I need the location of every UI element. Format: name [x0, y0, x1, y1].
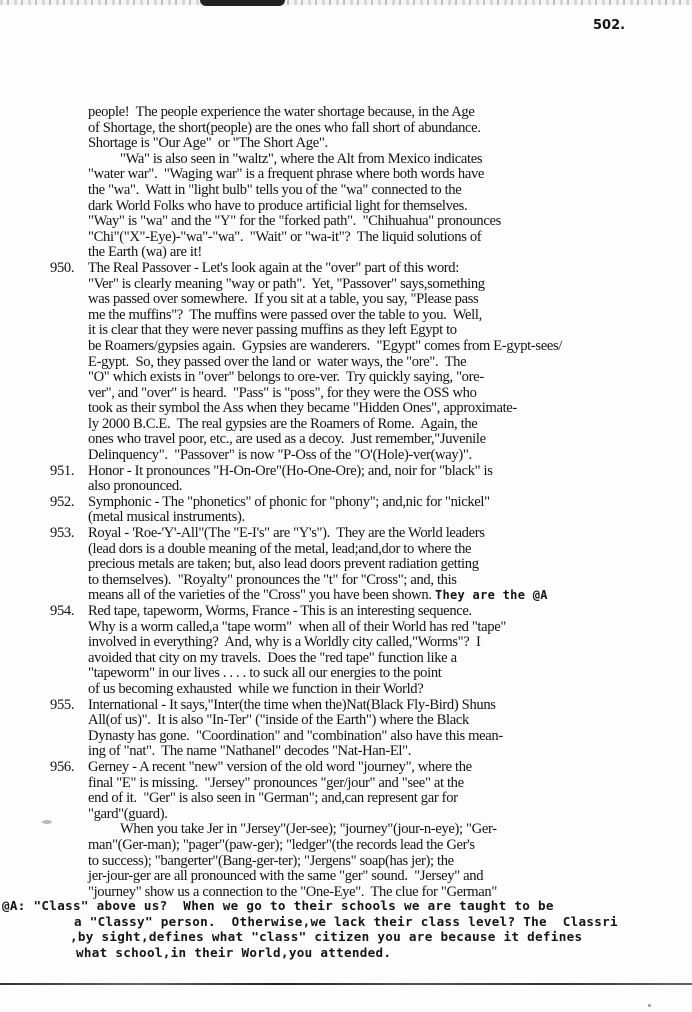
- numbered-entries: 950.The Real Passover - Let's look again…: [0, 261, 692, 822]
- entry-text: precious metals are taken; but, also lea…: [88, 556, 479, 572]
- scan-speck: [42, 820, 52, 824]
- text-line: "water war". "Waging war" is a frequent …: [0, 167, 692, 183]
- scan-speck: [648, 1004, 651, 1007]
- entry-text: Symphonic - The "phonetics" of phonic fo…: [88, 494, 490, 510]
- entry-text: to themselves). "Royalty" pronounces the…: [88, 572, 457, 588]
- addendum-line: what school,in their World,you attended.: [0, 945, 692, 961]
- page-number: 502.: [593, 18, 625, 33]
- text-line: be Roamers/gypsies again. Gypsies are wa…: [0, 339, 692, 355]
- text-line: E-gypt. So, they passed over the land or…: [0, 355, 692, 371]
- entry-text: Dynasty has gone. "Coordination" and "co…: [88, 728, 503, 744]
- entry-text: ing of "nat". The name "Nathanel" decode…: [88, 743, 411, 759]
- text-line: (lead dors is a double meaning of the me…: [0, 542, 692, 558]
- text-line: of Shortage, the short(people) are the o…: [0, 121, 692, 137]
- text-line: was passed over somewhere. If you sit at…: [0, 292, 692, 308]
- entry-text: be Roamers/gypsies again. Gypsies are wa…: [88, 338, 562, 354]
- entry-text: ly 2000 B.C.E. The real gypsies are the …: [88, 416, 477, 432]
- entry-952: 952.Symphonic - The "phonetics" of phoni…: [0, 495, 692, 526]
- text-line: the "wa". Watt in "light bulb" tells you…: [0, 183, 692, 199]
- text-line: the Earth (wa) are it!: [0, 245, 692, 261]
- entry-text: ones who travel poor, etc., are used as …: [88, 431, 486, 447]
- entry-text: Honor - It pronounces "H-On-Ore"(Ho-One-…: [88, 463, 493, 479]
- text-line: also pronounced.: [0, 479, 692, 495]
- text-line: Delinquency". "Passover" is now "P-Oss o…: [0, 448, 692, 464]
- addendum-text: "Class" above us? When we go to their sc…: [34, 898, 554, 913]
- entry-text: Delinquency". "Passover" is now "P-Oss o…: [88, 447, 472, 463]
- addendum-line: a "Classy" person. Otherwise,we lack the…: [0, 914, 692, 930]
- text-line: 951.Honor - It pronounces "H-On-Ore"(Ho-…: [0, 464, 692, 480]
- entry-number: 950.: [50, 261, 74, 277]
- text-line: "tapeworm" in our lives . . . . to suck …: [0, 666, 692, 682]
- entry-955: 955.International - It says,"Inter(the t…: [0, 698, 692, 760]
- text-line: dark World Folks who have to produce art…: [0, 199, 692, 215]
- addendum-label: @A:: [2, 898, 26, 913]
- entry-text: The Real Passover - Let's look again at …: [88, 260, 459, 276]
- entry-text: avoided that city on my travels. Does th…: [88, 650, 457, 666]
- entry-text: Red tape, tapeworm, Worms, France - This…: [88, 603, 472, 619]
- text-line: "O" which exists in "over" belongs to or…: [0, 370, 692, 386]
- text-line: of us becoming exhausted while we functi…: [0, 682, 692, 698]
- entry-number: 956.: [50, 760, 74, 776]
- entry-number: 954.: [50, 604, 74, 620]
- entry-text: E-gypt. So, they passed over the land or…: [88, 354, 466, 370]
- document-body: people! The people experience the water …: [0, 105, 692, 961]
- closing-paragraph: When you take Jer in "Jersey"(Jer-see); …: [0, 822, 692, 900]
- entry-950: 950.The Real Passover - Let's look again…: [0, 261, 692, 464]
- entry-number: 955.: [50, 698, 74, 714]
- entry-text: took as their symbol the Ass when they b…: [88, 400, 517, 416]
- addendum-line: ,by sight,defines what "class" citizen y…: [0, 929, 692, 945]
- entry-953: 953.Royal - 'Roe-'Y'-All"(The "E-I's" ar…: [0, 526, 692, 604]
- text-line: 953.Royal - 'Roe-'Y'-All"(The "E-I's" ar…: [0, 526, 692, 542]
- entry-954: 954.Red tape, tapeworm, Worms, France - …: [0, 604, 692, 698]
- text-line: ver", and "over" is heard. "Pass" is "po…: [0, 386, 692, 402]
- text-line: "gard"(guard).: [0, 807, 692, 823]
- entry-text: (lead dors is a double meaning of the me…: [88, 541, 471, 557]
- entry-text: involved in everything? And, why is a Wo…: [88, 634, 481, 650]
- text-line: to themselves). "Royalty" pronounces the…: [0, 573, 692, 589]
- text-line: means all of the varieties of the "Cross…: [0, 588, 692, 604]
- text-line: ing of "nat". The name "Nathanel" decode…: [0, 744, 692, 760]
- addendum-note: @A: "Class" above us? When we go to thei…: [0, 898, 692, 960]
- entry-number: 953.: [50, 526, 74, 542]
- text-line: ly 2000 B.C.E. The real gypsies are the …: [0, 417, 692, 433]
- entry-text: "gard"(guard).: [88, 806, 168, 822]
- addendum-first-line: @A: "Class" above us? When we go to thei…: [0, 898, 692, 914]
- text-line: "Wa" is also seen in "waltz", where the …: [0, 152, 692, 168]
- entry-number: 952.: [50, 495, 74, 511]
- text-line: When you take Jer in "Jersey"(Jer-see); …: [0, 822, 692, 838]
- text-line: it is clear that they were never passing…: [0, 323, 692, 339]
- entry-text: International - It says,"Inter(the time …: [88, 697, 496, 713]
- entry-text: All(of us)". It is also "In-Ter" ("insid…: [88, 712, 469, 728]
- entry-text: "tapeworm" in our lives . . . . to suck …: [88, 665, 442, 681]
- text-line: involved in everything? And, why is a Wo…: [0, 635, 692, 651]
- text-line: final "E" is missing. "Jersey" pronounce…: [0, 776, 692, 792]
- text-line: 956.Gerney - A recent "new" version of t…: [0, 760, 692, 776]
- text-line: Dynasty has gone. "Coordination" and "co…: [0, 729, 692, 745]
- entry-text: also pronounced.: [88, 478, 182, 494]
- text-line: end of it. "Ger" is also seen in "German…: [0, 791, 692, 807]
- text-line: All(of us)". It is also "In-Ter" ("insid…: [0, 713, 692, 729]
- text-line: jer-jour-ger are all pronounced with the…: [0, 869, 692, 885]
- text-line: 954.Red tape, tapeworm, Worms, France - …: [0, 604, 692, 620]
- entry-text: Royal - 'Roe-'Y'-All"(The "E-I's" are "Y…: [88, 525, 485, 541]
- entry-text: of us becoming exhausted while we functi…: [88, 681, 423, 697]
- text-line: ones who travel poor, etc., are used as …: [0, 432, 692, 448]
- scan-ink-blot: [200, 0, 285, 6]
- entry-text: Gerney - A recent "new" version of the o…: [88, 759, 472, 775]
- text-line: to success); "bangerter"(Bang-ger-ter); …: [0, 854, 692, 870]
- text-line: "Way" is "wa" and the "Y" for the "forke…: [0, 214, 692, 230]
- text-line: people! The people experience the water …: [0, 105, 692, 121]
- text-line: Why is a worm called,a "tape worm" when …: [0, 620, 692, 636]
- text-line: precious metals are taken; but, also lea…: [0, 557, 692, 573]
- entry-text: "Ver" is clearly meaning "way or path". …: [88, 276, 485, 292]
- scan-top-edge: [0, 0, 692, 5]
- text-line: "Ver" is clearly meaning "way or path". …: [0, 277, 692, 293]
- entry-956: 956.Gerney - A recent "new" version of t…: [0, 760, 692, 822]
- intro-paragraph: people! The people experience the water …: [0, 105, 692, 261]
- entry-text: ver", and "over" is heard. "Pass" is "po…: [88, 385, 477, 401]
- text-line: 950.The Real Passover - Let's look again…: [0, 261, 692, 277]
- text-line: 955.International - It says,"Inter(the t…: [0, 698, 692, 714]
- entry-text: "O" which exists in "over" belongs to or…: [88, 369, 484, 385]
- text-line: Shortage is "Our Age" or "The Short Age"…: [0, 136, 692, 152]
- inserted-note: They are the @A: [435, 588, 548, 602]
- entry-text: it is clear that they were never passing…: [88, 322, 457, 338]
- text-line: man"(Ger-man); "pager"(paw-ger); "ledger…: [0, 838, 692, 854]
- entry-951: 951.Honor - It pronounces "H-On-Ore"(Ho-…: [0, 464, 692, 495]
- page-bottom-rule: [0, 983, 692, 985]
- entry-text: end of it. "Ger" is also seen in "German…: [88, 790, 458, 806]
- text-line: 952.Symphonic - The "phonetics" of phoni…: [0, 495, 692, 511]
- text-line: (metal musical instruments).: [0, 510, 692, 526]
- text-line: took as their symbol the Ass when they b…: [0, 401, 692, 417]
- entry-text: (metal musical instruments).: [88, 509, 245, 525]
- text-line: avoided that city on my travels. Does th…: [0, 651, 692, 667]
- entry-number: 951.: [50, 464, 74, 480]
- entry-text: me the muffins"? The muffins were passed…: [88, 307, 482, 323]
- entry-text: final "E" is missing. "Jersey" pronounce…: [88, 775, 464, 791]
- entry-text: Why is a worm called,a "tape worm" when …: [88, 619, 506, 635]
- text-line: "Chi"("X"-Eye)-"wa"-"wa". "Wait" or "wa-…: [0, 230, 692, 246]
- entry-text: was passed over somewhere. If you sit at…: [88, 291, 478, 307]
- text-line: me the muffins"? The muffins were passed…: [0, 308, 692, 324]
- entry-text: means all of the varieties of the "Cross…: [88, 587, 432, 603]
